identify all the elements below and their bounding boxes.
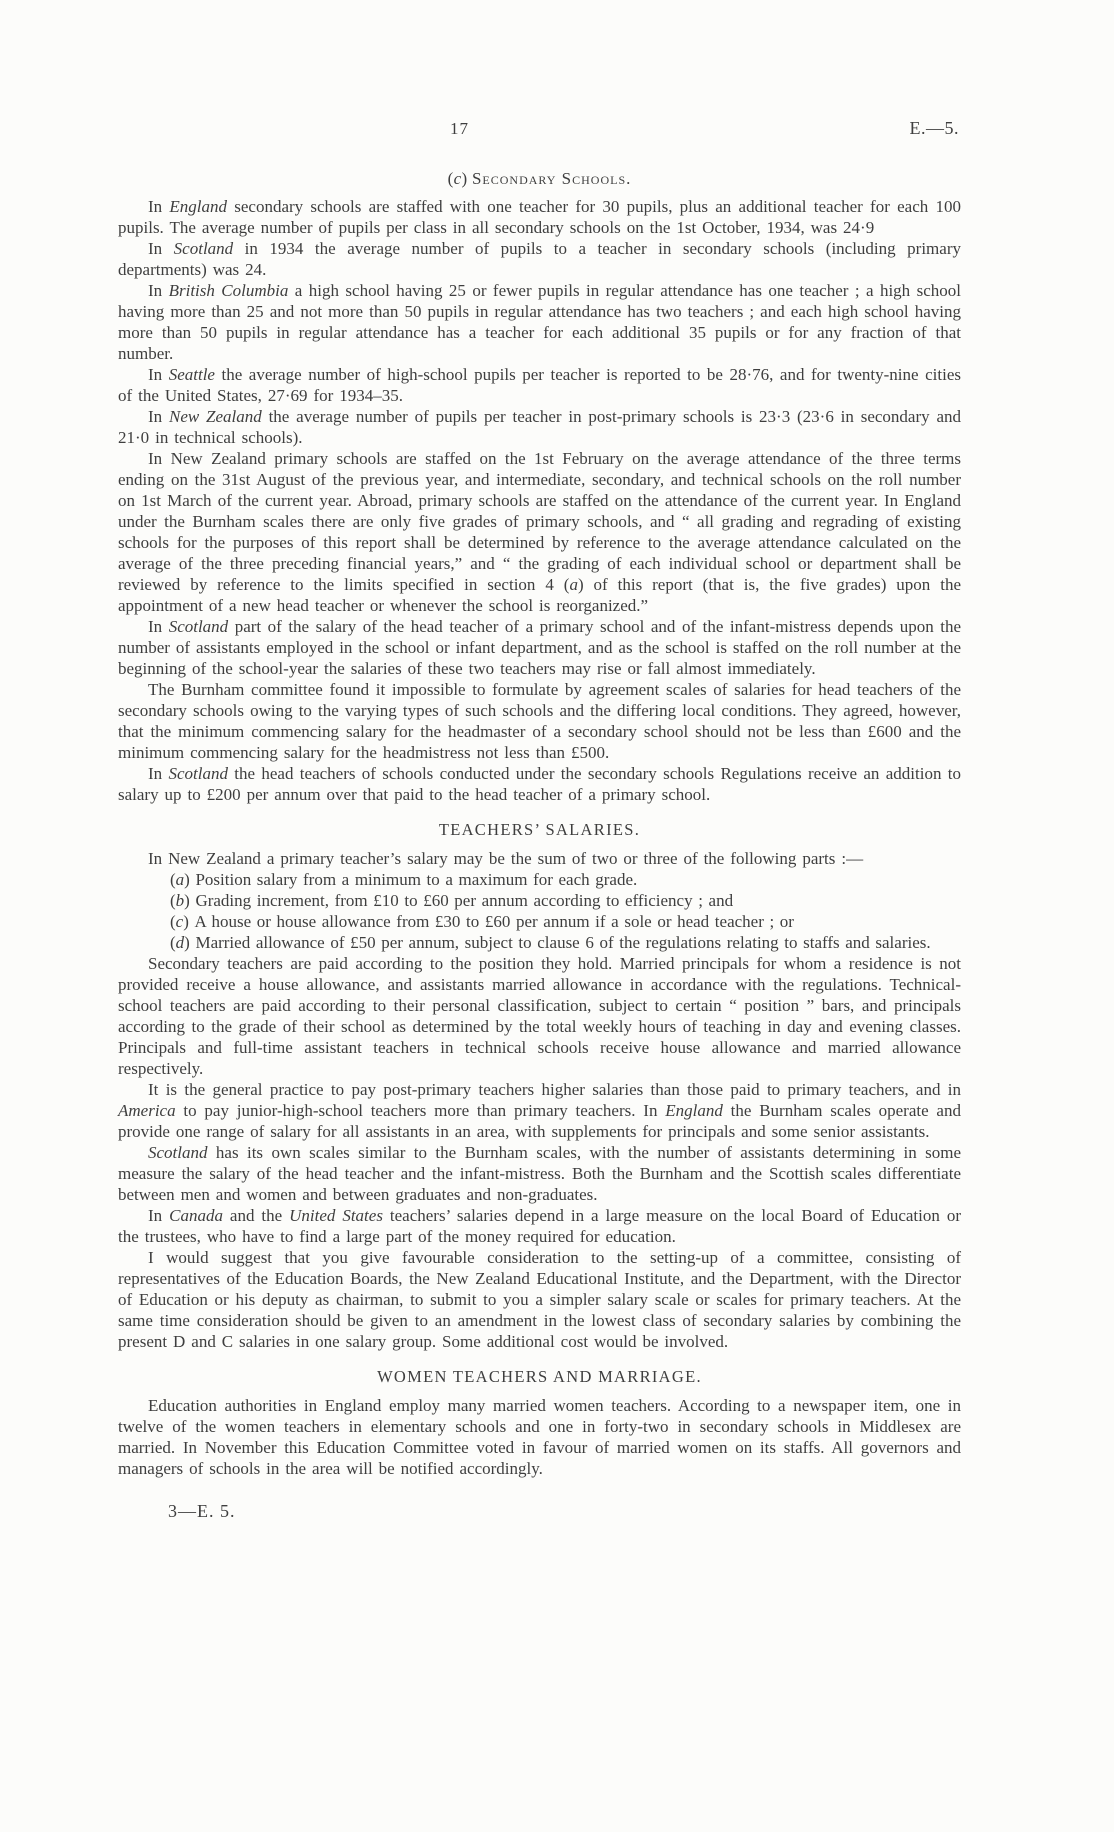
paragraph: The Burnham committee found it impossibl… — [118, 679, 961, 763]
section-heading: (c) Secondary Schools. — [118, 168, 961, 189]
list-item: (b) Grading increment, from £10 to £60 p… — [118, 890, 961, 911]
doc-code: E.—5. — [910, 118, 960, 139]
paragraph: In Canada and the United States teachers… — [118, 1205, 961, 1247]
page-number: 17 — [450, 118, 469, 139]
text-column: 17 E.—5. (c) Secondary Schools.In Englan… — [118, 118, 961, 1522]
paragraph: In British Columbia a high school having… — [118, 280, 961, 364]
list-item: (a) Position salary from a minimum to a … — [118, 869, 961, 890]
paragraph: Secondary teachers are paid according to… — [118, 953, 961, 1079]
section-heading: TEACHERS’ SALARIES. — [118, 819, 961, 840]
paragraph: In Scotland the head teachers of schools… — [118, 763, 961, 805]
paragraph: It is the general practice to pay post-p… — [118, 1079, 961, 1142]
paragraph: In New Zealand primary schools are staff… — [118, 448, 961, 616]
paragraph: In New Zealand the average number of pup… — [118, 406, 961, 448]
document-page: 17 E.—5. (c) Secondary Schools.In Englan… — [0, 0, 1114, 1832]
paragraph: In Scotland part of the salary of the he… — [118, 616, 961, 679]
paragraph: In New Zealand a primary teacher’s salar… — [118, 848, 961, 869]
section-heading: WOMEN TEACHERS AND MARRIAGE. — [118, 1366, 961, 1387]
document-content: (c) Secondary Schools.In England seconda… — [118, 168, 961, 1479]
page-header: 17 E.—5. — [118, 118, 961, 146]
list-item: (d) Married allowance of £50 per annum, … — [118, 932, 961, 953]
footer-signature: 3—E. 5. — [118, 1501, 961, 1522]
paragraph: In Scotland in 1934 the average number o… — [118, 238, 961, 280]
paragraph: Education authorities in England employ … — [118, 1395, 961, 1479]
paragraph: In Seattle the average number of high-sc… — [118, 364, 961, 406]
paragraph: In England secondary schools are staffed… — [118, 196, 961, 238]
paragraph: I would suggest that you give favourable… — [118, 1247, 961, 1352]
list-item: (c) A house or house allowance from £30 … — [118, 911, 961, 932]
paragraph: Scotland has its own scales similar to t… — [118, 1142, 961, 1205]
